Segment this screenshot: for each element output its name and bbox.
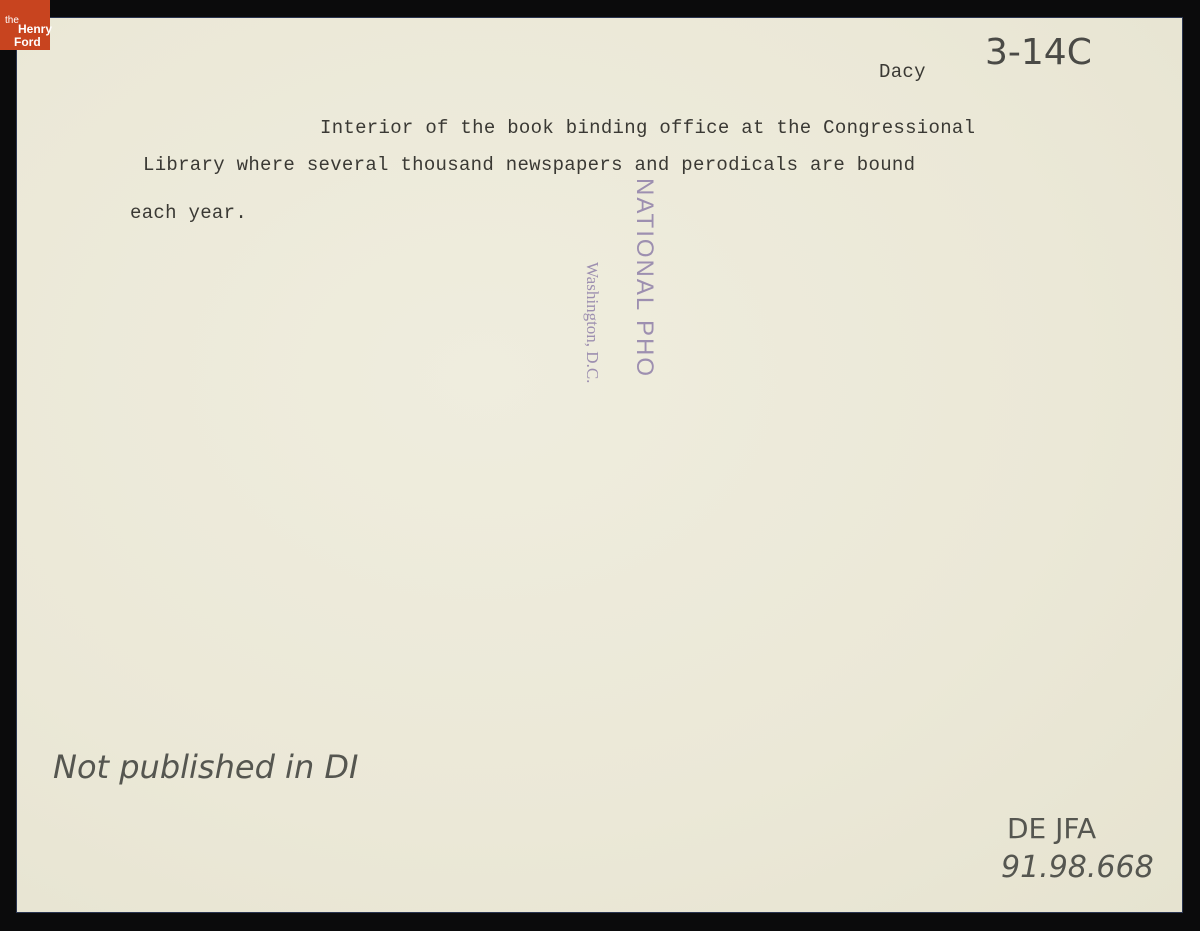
- henry-ford-logo: the Henry Ford: [0, 0, 50, 50]
- caption-line-1: Interior of the book binding office at t…: [320, 117, 975, 139]
- stamp-national-photo: NATIONAL PHO: [630, 178, 658, 378]
- photo-back-document: Dacy 3-14C Interior of the book binding …: [17, 18, 1182, 912]
- logo-the: the: [5, 16, 19, 26]
- handwritten-note: Not published in DI: [53, 748, 358, 786]
- photographer-name: Dacy: [879, 61, 926, 83]
- caption-line-2: Library where several thousand newspaper…: [143, 154, 915, 176]
- accession-line-2: 91.98.668: [1001, 850, 1154, 885]
- stamp-washington-dc: Washington, D.C.: [582, 262, 602, 383]
- handwritten-catalog-number: 3-14C: [985, 32, 1092, 73]
- accession-line-1: DE JFA: [1007, 812, 1096, 845]
- logo-henry: Henry: [18, 23, 52, 35]
- logo-ford: Ford: [14, 36, 41, 48]
- caption-line-3: each year.: [130, 202, 247, 224]
